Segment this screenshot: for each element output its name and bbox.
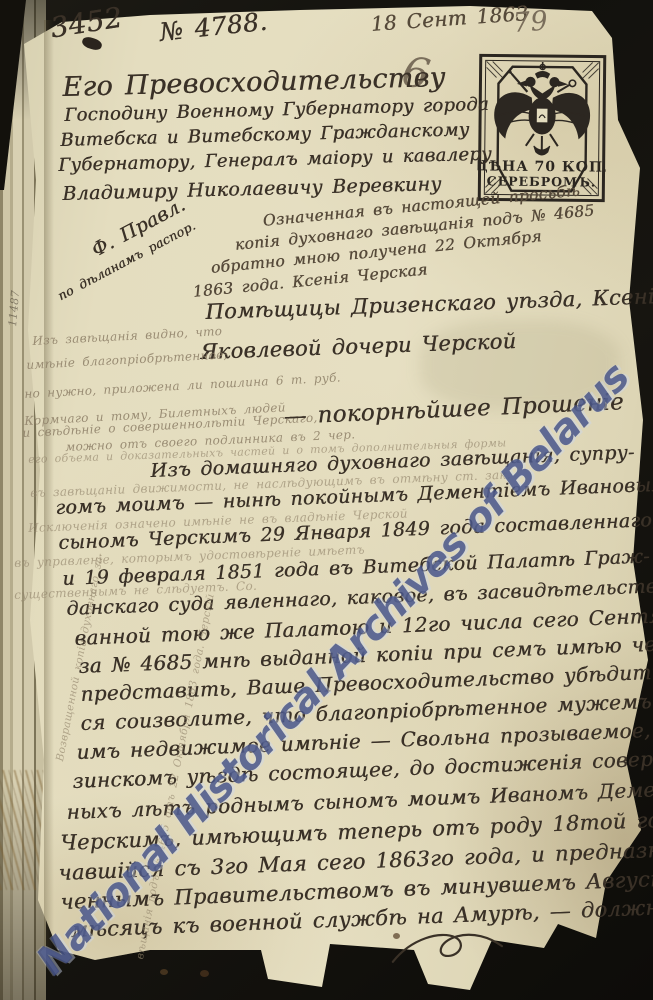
stain-spot — [200, 970, 209, 977]
imperial-eagle-revenue-stamp: ЦѢНА 70 КОП. СЕРЕБРОМЪ. — [477, 53, 607, 202]
double-headed-eagle-icon — [494, 62, 590, 156]
pen-flourish — [387, 922, 508, 974]
stain-spot — [160, 969, 168, 975]
folio-number: 79 — [512, 6, 549, 39]
binding-fibers — [0, 770, 46, 890]
document-scan: 3452 № 4788. 18 Сент 1863 79 6 — [0, 0, 653, 1000]
